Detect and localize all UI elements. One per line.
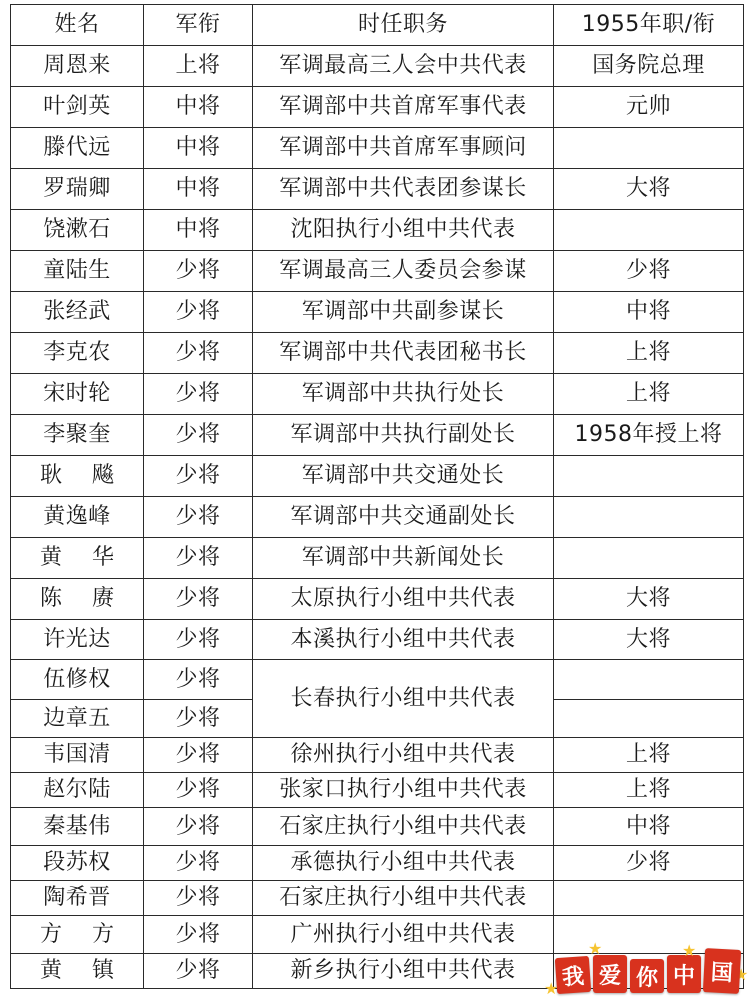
cell-name: 陈赓 xyxy=(11,579,144,620)
cell-rank: 中将 xyxy=(144,87,253,128)
table-row: 饶漱石 中将 沈阳执行小组中共代表 xyxy=(11,210,744,251)
cell-name: 李克农 xyxy=(11,333,144,374)
cell-rank: 少将 xyxy=(144,497,253,538)
cell-later: 少将 xyxy=(554,251,744,292)
cell-position: 军调部中共代表团秘书长 xyxy=(253,333,554,374)
cell-later xyxy=(554,210,744,251)
table-row: 秦基伟 少将 石家庄执行小组中共代表 中将 xyxy=(11,808,744,846)
cell-later: 中将 xyxy=(554,292,744,333)
cell-position: 军调最高三人会中共代表 xyxy=(253,46,554,87)
cell-later: 大将 xyxy=(554,620,744,660)
cell-position: 军调部中共交通副处长 xyxy=(253,497,554,538)
cell-later: 元帅 xyxy=(554,87,744,128)
cell-name: 黄逸峰 xyxy=(11,497,144,538)
cell-later: 少将 xyxy=(554,846,744,881)
star-icon: ★ xyxy=(682,943,696,959)
cell-later xyxy=(554,538,744,579)
cell-name: 童陆生 xyxy=(11,251,144,292)
cell-later: 上将 xyxy=(554,738,744,773)
cell-rank: 少将 xyxy=(144,738,253,773)
cell-rank: 少将 xyxy=(144,292,253,333)
cell-name: 许光达 xyxy=(11,620,144,660)
table-row: 李聚奎 少将 军调部中共执行副处长 1958年授上将 xyxy=(11,415,744,456)
cell-name: 黄镇 xyxy=(11,954,144,989)
table-row: 黄逸峰 少将 军调部中共交通副处长 xyxy=(11,497,744,538)
cell-rank: 中将 xyxy=(144,128,253,169)
table-row: 赵尔陆 少将 张家口执行小组中共代表 上将 xyxy=(11,773,744,808)
table-row: 段苏权 少将 承德执行小组中共代表 少将 xyxy=(11,846,744,881)
cell-later xyxy=(554,497,744,538)
cell-name: 周恩来 xyxy=(11,46,144,87)
cell-name: 赵尔陆 xyxy=(11,773,144,808)
cell-later xyxy=(554,881,744,916)
cell-name-text: 耿飚 xyxy=(40,463,144,488)
cell-later xyxy=(554,660,744,700)
cell-position: 军调部中共执行处长 xyxy=(253,374,554,415)
cell-rank: 少将 xyxy=(144,456,253,497)
cell-position: 军调部中共新闻处长 xyxy=(253,538,554,579)
cell-name: 陶希晋 xyxy=(11,881,144,916)
cell-later: 国务院总理 xyxy=(554,46,744,87)
cell-rank: 中将 xyxy=(144,210,253,251)
table-row: 韦国清 少将 徐州执行小组中共代表 上将 xyxy=(11,738,744,773)
cell-name: 耿飚 xyxy=(11,456,144,497)
cell-position: 徐州执行小组中共代表 xyxy=(253,738,554,773)
cell-position: 军调部中共交通处长 xyxy=(253,456,554,497)
cell-later: 上将 xyxy=(554,773,744,808)
cell-name: 段苏权 xyxy=(11,846,144,881)
cell-rank: 中将 xyxy=(144,169,253,210)
table-row: 伍修权 少将 长春执行小组中共代表 xyxy=(11,660,744,700)
cell-name: 滕代远 xyxy=(11,128,144,169)
table-row: 耿飚 少将 军调部中共交通处长 xyxy=(11,456,744,497)
cell-name: 饶漱石 xyxy=(11,210,144,251)
cell-name-text: 黄华 xyxy=(40,545,144,570)
header-name: 姓名 xyxy=(11,5,144,46)
cell-rank: 少将 xyxy=(144,333,253,374)
table-row: 叶剑英 中将 军调部中共首席军事代表 元帅 xyxy=(11,87,744,128)
cell-name: 秦基伟 xyxy=(11,808,144,846)
cell-position: 本溪执行小组中共代表 xyxy=(253,620,554,660)
cell-name-text: 方方 xyxy=(40,922,144,947)
cell-later xyxy=(554,128,744,169)
table-row: 罗瑞卿 中将 军调部中共代表团参谋长 大将 xyxy=(11,169,744,210)
cell-rank: 少将 xyxy=(144,374,253,415)
cell-name: 韦国清 xyxy=(11,738,144,773)
table-row: 陶希晋 少将 石家庄执行小组中共代表 xyxy=(11,881,744,916)
table-row: 李克农 少将 军调部中共代表团秘书长 上将 xyxy=(11,333,744,374)
cell-later: 大将 xyxy=(554,169,744,210)
cell-later: 上将 xyxy=(554,333,744,374)
cell-rank: 少将 xyxy=(144,538,253,579)
cell-rank: 少将 xyxy=(144,700,253,738)
cell-position: 军调部中共副参谋长 xyxy=(253,292,554,333)
table-row: 童陆生 少将 军调最高三人委员会参谋 少将 xyxy=(11,251,744,292)
cell-position: 广州执行小组中共代表 xyxy=(253,916,554,954)
cell-name: 李聚奎 xyxy=(11,415,144,456)
cell-rank: 少将 xyxy=(144,954,253,989)
cell-later: 上将 xyxy=(554,374,744,415)
cell-later xyxy=(554,456,744,497)
table-row: 许光达 少将 本溪执行小组中共代表 大将 xyxy=(11,620,744,660)
cell-position: 石家庄执行小组中共代表 xyxy=(253,808,554,846)
cell-rank: 少将 xyxy=(144,620,253,660)
table-row: 黄华 少将 军调部中共新闻处长 xyxy=(11,538,744,579)
star-icon: ★ xyxy=(588,941,602,957)
table-row: 宋时轮 少将 军调部中共执行处长 上将 xyxy=(11,374,744,415)
cell-name-text: 黄镇 xyxy=(40,958,144,983)
cell-position: 张家口执行小组中共代表 xyxy=(253,773,554,808)
cell-rank: 少将 xyxy=(144,881,253,916)
cell-position: 军调最高三人委员会参谋 xyxy=(253,251,554,292)
cell-position: 承德执行小组中共代表 xyxy=(253,846,554,881)
header-row: 姓名 军衔 时任职务 1955年职/衔 xyxy=(11,5,744,46)
cell-name: 黄华 xyxy=(11,538,144,579)
header-position: 时任职务 xyxy=(253,5,554,46)
officer-table: 姓名 军衔 时任职务 1955年职/衔 周恩来 上将 军调最高三人会中共代表 国… xyxy=(10,4,744,989)
cell-position: 沈阳执行小组中共代表 xyxy=(253,210,554,251)
cell-rank: 少将 xyxy=(144,579,253,620)
cell-rank: 少将 xyxy=(144,660,253,700)
officer-table-container: 姓名 军衔 时任职务 1955年职/衔 周恩来 上将 军调最高三人会中共代表 国… xyxy=(10,4,743,989)
cell-position: 军调部中共执行副处长 xyxy=(253,415,554,456)
cell-position: 石家庄执行小组中共代表 xyxy=(253,881,554,916)
header-rank: 军衔 xyxy=(144,5,253,46)
cell-name: 伍修权 xyxy=(11,660,144,700)
cell-name: 张经武 xyxy=(11,292,144,333)
cell-later xyxy=(554,700,744,738)
cell-position-merged: 长春执行小组中共代表 xyxy=(253,660,554,738)
cell-rank: 少将 xyxy=(144,808,253,846)
cell-later: 中将 xyxy=(554,808,744,846)
cell-position: 军调部中共代表团参谋长 xyxy=(253,169,554,210)
cell-rank: 少将 xyxy=(144,916,253,954)
cell-later: 大将 xyxy=(554,579,744,620)
cell-position: 军调部中共首席军事代表 xyxy=(253,87,554,128)
sticker-char: 我 xyxy=(555,956,591,994)
cell-rank: 少将 xyxy=(144,846,253,881)
cell-rank: 少将 xyxy=(144,415,253,456)
cell-rank: 上将 xyxy=(144,46,253,87)
cell-name: 叶剑英 xyxy=(11,87,144,128)
table-row: 滕代远 中将 军调部中共首席军事顾问 xyxy=(11,128,744,169)
table-row: 周恩来 上将 军调最高三人会中共代表 国务院总理 xyxy=(11,46,744,87)
cell-name-text: 陈赓 xyxy=(40,586,144,611)
cell-name: 宋时轮 xyxy=(11,374,144,415)
cell-rank: 少将 xyxy=(144,773,253,808)
cell-name: 边章五 xyxy=(11,700,144,738)
sticker-char: 中 xyxy=(667,955,701,993)
cell-position: 太原执行小组中共代表 xyxy=(253,579,554,620)
sticker-char: 国 xyxy=(703,948,741,994)
header-1955-rank: 1955年职/衔 xyxy=(554,5,744,46)
cell-name: 罗瑞卿 xyxy=(11,169,144,210)
cell-name: 方方 xyxy=(11,916,144,954)
table-row: 陈赓 少将 太原执行小组中共代表 大将 xyxy=(11,579,744,620)
cell-position: 新乡执行小组中共代表 xyxy=(253,954,554,989)
cell-rank: 少将 xyxy=(144,251,253,292)
sticker-char: 你 xyxy=(630,959,664,993)
sticker-char: 爱 xyxy=(593,955,627,993)
cell-later: 1958年授上将 xyxy=(554,415,744,456)
table-row: 张经武 少将 军调部中共副参谋长 中将 xyxy=(11,292,744,333)
i-love-china-sticker: ★ ★ ★ ★ 我 爱 你 中 国 xyxy=(552,945,742,993)
cell-position: 军调部中共首席军事顾问 xyxy=(253,128,554,169)
